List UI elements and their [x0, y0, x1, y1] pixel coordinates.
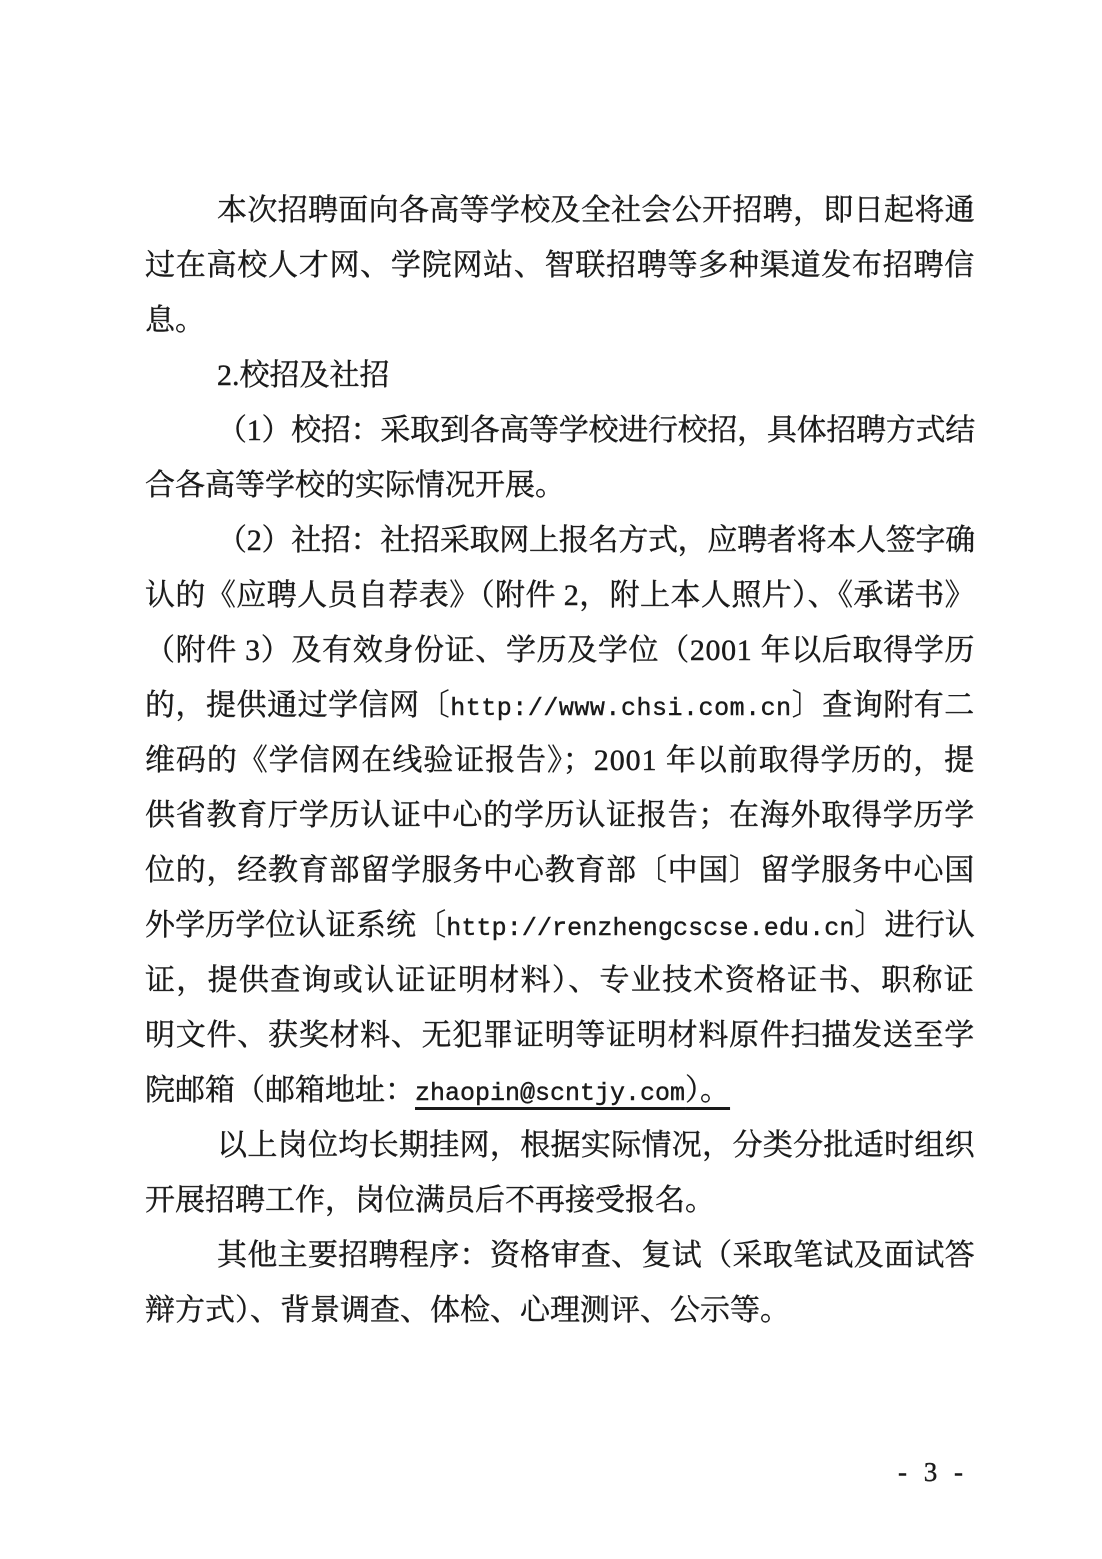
- text-line: 辩方式）、背景调查、体检、心理测评、公示等。: [145, 1283, 975, 1338]
- text-segment: 辩方式）、背景调查、体检、心理测评、公示等。: [145, 1294, 790, 1327]
- text-segment: 〕进行认: [855, 909, 975, 942]
- text-line: 本次招聘面向各高等学校及全社会公开招聘，即日起将通: [145, 183, 975, 238]
- text-line: 证，提供查询或认证证明材料）、专业技术资格证书、职称证: [145, 953, 975, 1008]
- document-page: 本次招聘面向各高等学校及全社会公开招聘，即日起将通过在高校人才网、学院网站、智联…: [0, 0, 1102, 1559]
- text-segment: 明文件、获奖材料、无犯罪证明等证明材料原件扫描发送至学: [145, 1019, 975, 1052]
- text-line: 的，提供通过学信网〔http://www.chsi.com.cn〕查询附有二: [145, 678, 975, 733]
- text-line: 以上岗位均长期挂网，根据实际情况，分类分批适时组织: [145, 1118, 975, 1173]
- text-segment: 过在高校人才网、学院网站、智联招聘等多种渠道发布招聘信: [145, 249, 975, 282]
- text-segment: 维码的《学信网在线验证报告》；2001 年以前取得学历的，提: [145, 744, 975, 777]
- text-line: （附件 3）及有效身份证、学历及学位（2001 年以后取得学历: [145, 623, 975, 678]
- text-line: 其他主要招聘程序：资格审查、复试（采取笔试及面试答: [145, 1228, 975, 1283]
- text-line: 合各高等学校的实际情况开展。: [145, 458, 975, 513]
- text-segment: 息。: [145, 304, 205, 337]
- text-segment: （1）校招：采取到各高等学校进行校招，具体招聘方式结: [217, 414, 975, 447]
- text-line: 供省教育厅学历认证中心的学历认证报告；在海外取得学历学: [145, 788, 975, 843]
- text-segment: 以上岗位均长期挂网，根据实际情况，分类分批适时组织: [217, 1129, 975, 1162]
- text-segment: 2.校招及社招: [217, 359, 390, 392]
- text-segment: 其他主要招聘程序：资格审查、复试（采取笔试及面试答: [217, 1239, 975, 1272]
- text-line: 明文件、获奖材料、无犯罪证明等证明材料原件扫描发送至学: [145, 1008, 975, 1063]
- text-line: 息。: [145, 293, 975, 348]
- text-segment: 证，提供查询或认证证明材料）、专业技术资格证书、职称证: [145, 964, 975, 997]
- text-line: 开展招聘工作，岗位满员后不再接受报名。: [145, 1173, 975, 1228]
- text-segment: 合各高等学校的实际情况开展。: [145, 469, 565, 502]
- url-text: http://renzhengcscse.edu.cn: [446, 914, 854, 943]
- text-segment: 〕查询附有二: [792, 689, 975, 722]
- text-line: 院邮箱（邮箱地址：zhaopin@scntjy.com）。: [145, 1063, 975, 1118]
- document-content: 本次招聘面向各高等学校及全社会公开招聘，即日起将通过在高校人才网、学院网站、智联…: [145, 183, 975, 1338]
- text-line: 认的《应聘人员自荐表》（附件 2，附上本人照片）、《承诺书》: [145, 568, 975, 623]
- text-segment: ）。: [685, 1074, 730, 1107]
- text-segment: 的，提供通过学信网〔: [145, 689, 450, 722]
- text-segment: （附件 3）及有效身份证、学历及学位（2001 年以后取得学历: [145, 634, 975, 667]
- text-segment: 供省教育厅学历认证中心的学历认证报告；在海外取得学历学: [145, 799, 975, 832]
- text-line: 过在高校人才网、学院网站、智联招聘等多种渠道发布招聘信: [145, 238, 975, 293]
- text-line: 维码的《学信网在线验证报告》；2001 年以前取得学历的，提: [145, 733, 975, 788]
- text-segment: 外学历学位认证系统〔: [145, 909, 446, 942]
- text-line: 位的，经教育部留学服务中心教育部〔中国〕留学服务中心国: [145, 843, 975, 898]
- text-segment: 本次招聘面向各高等学校及全社会公开招聘，即日起将通: [217, 194, 975, 227]
- page-number: - 3 -: [898, 1452, 968, 1492]
- url-text: http://www.chsi.com.cn: [450, 694, 792, 723]
- text-segment: （2）社招：社招采取网上报名方式，应聘者将本人签字确: [217, 524, 975, 557]
- text-segment: 开展招聘工作，岗位满员后不再接受报名。: [145, 1184, 715, 1217]
- text-line: 2.校招及社招: [145, 348, 975, 403]
- text-line: （1）校招：采取到各高等学校进行校招，具体招聘方式结: [145, 403, 975, 458]
- text-segment: 位的，经教育部留学服务中心教育部〔中国〕留学服务中心国: [145, 854, 975, 887]
- email-address: zhaopin@scntjy.com: [415, 1079, 685, 1108]
- text-segment: 院邮箱（邮箱地址：: [145, 1074, 415, 1107]
- text-line: 外学历学位认证系统〔http://renzhengcscse.edu.cn〕进行…: [145, 898, 975, 953]
- text-segment: 认的《应聘人员自荐表》（附件 2，附上本人照片）、《承诺书》: [145, 579, 975, 612]
- text-line: （2）社招：社招采取网上报名方式，应聘者将本人签字确: [145, 513, 975, 568]
